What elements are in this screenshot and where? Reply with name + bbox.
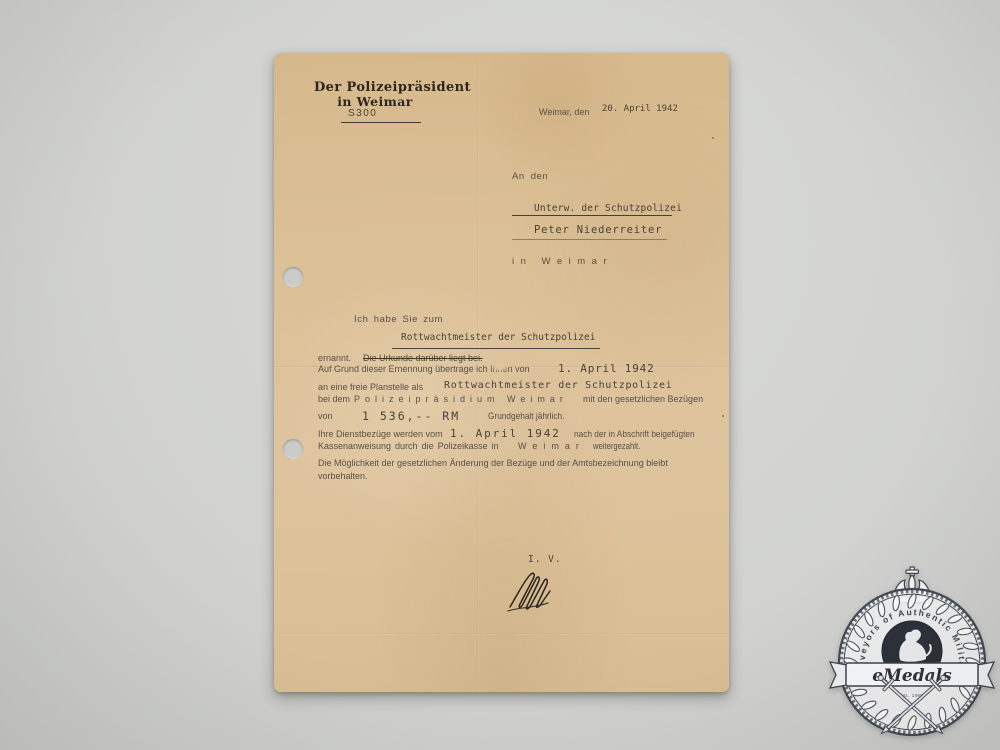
- correction-blotch: [490, 361, 510, 372]
- line4-printed-pre: von: [318, 411, 333, 421]
- address-city: in Weimar: [512, 256, 613, 267]
- line4-typed-amount: 1 536,-- RM: [362, 409, 460, 423]
- line-ernannt: ernannt.: [318, 353, 351, 363]
- letterhead-ref: S300: [348, 108, 377, 119]
- line6-printed-post: weitergezahlt.: [593, 441, 640, 451]
- address-salutation: An den: [512, 171, 548, 182]
- address-unit: Unterw. der Schutzpolizei: [534, 203, 682, 214]
- ink-speck: [722, 415, 724, 417]
- line7-printed: Die Möglichkeit der gesetzlichen Änderun…: [318, 458, 668, 468]
- line5-typed-date: 1. April 1942: [450, 427, 561, 440]
- photo-background: Der Polizeipräsident in Weimar S300 Weim…: [0, 0, 1000, 750]
- address-unit-rule: [512, 215, 672, 216]
- ink-speck: [712, 137, 714, 139]
- emedals-watermark: Purveyors of Authentic Militaria eMedals…: [826, 552, 998, 750]
- line5-printed-pre: Ihre Dienstbezüge werden vom: [318, 429, 443, 439]
- rank-heading-rule: [392, 348, 600, 349]
- crease-horizontal-lower: [274, 633, 729, 635]
- letterhead-rule: [341, 122, 421, 123]
- closing-iv: I. V.: [528, 554, 562, 565]
- line5-printed-post: nach der in Abschrift beigefügten: [574, 429, 695, 439]
- body-intro: Ich habe Sie zum: [354, 314, 443, 325]
- address-name: Peter Niederreiter: [534, 224, 662, 236]
- line3-printed-pre: bei dem: [318, 394, 350, 404]
- dateline-printed: Weimar, den: [539, 107, 589, 117]
- letterhead-line2: in Weimar: [314, 94, 436, 109]
- signature: [500, 567, 572, 615]
- struck-text: Die Urkunde darüber liegt bei.: [363, 353, 483, 363]
- banner-ribbon: eMedals: [830, 662, 994, 688]
- line3-printed-post: mit den gesetzlichen Bezügen: [583, 394, 703, 404]
- rank-heading: Rottwachtmeister der Schutzpolizei: [401, 332, 595, 343]
- dateline-typed: 20. April 1942: [602, 104, 678, 114]
- line6-spaced: Weimar: [518, 441, 585, 451]
- signature-path: [508, 573, 550, 611]
- hole-punch-bottom: [283, 439, 303, 459]
- line6-printed-pre: Kassenanweisung durch die Polizeikasse i…: [318, 441, 499, 451]
- address-name-rule: [512, 239, 667, 240]
- line4-printed-post: Grundgehalt jährlich.: [488, 411, 564, 421]
- line2-printed: an eine freie Planstelle als: [318, 382, 423, 392]
- line8-printed: vorbehalten.: [318, 471, 368, 481]
- hole-punch-top: [283, 267, 303, 287]
- paper-document: Der Polizeipräsident in Weimar S300 Weim…: [274, 53, 729, 692]
- line2-typed-rank: Rottwachtmeister der Schutzpolizei: [444, 380, 673, 391]
- line3-spaced: Polizeipräsidium Weimar: [354, 394, 568, 404]
- line1-typed-date: 1. April 1942: [558, 362, 655, 375]
- letterhead-line1: Der Polizeipräsident: [314, 80, 436, 95]
